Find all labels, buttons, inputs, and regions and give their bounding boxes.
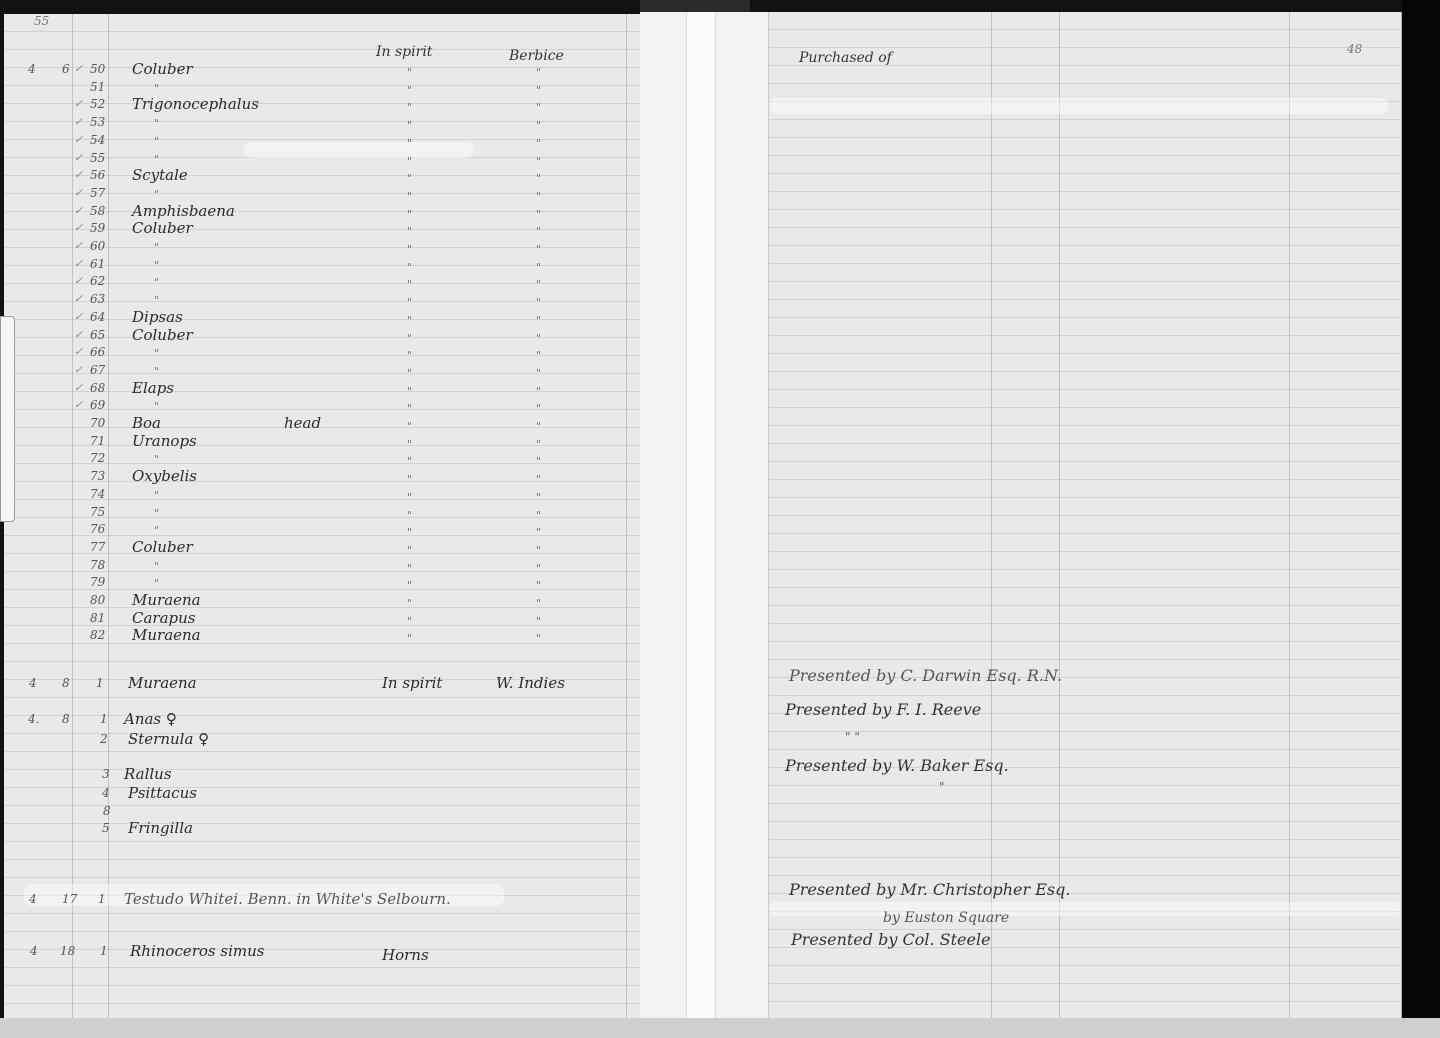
locality-ditto: " <box>536 615 541 628</box>
preservation-ditto: " <box>407 420 412 433</box>
column-rule <box>72 14 73 1024</box>
specimen-number: 59 <box>90 221 105 235</box>
index-tab <box>0 316 15 522</box>
specimen-name: " <box>154 82 159 95</box>
tape-glare <box>244 142 474 158</box>
specimen-number: 66 <box>90 345 105 359</box>
specimen-number: 69 <box>90 398 105 412</box>
presented-baker: Presented by W. Baker Esq. <box>785 756 1009 775</box>
locality-ditto: " <box>536 526 541 539</box>
locality-ditto: " <box>536 632 541 645</box>
check-mark: ✓ <box>74 168 83 181</box>
preservation-ditto: " <box>407 332 412 345</box>
preservation-ditto: " <box>407 385 412 398</box>
specimen-name: " <box>154 524 159 537</box>
locality-ditto: " <box>536 420 541 433</box>
preservation-ditto: " <box>407 84 412 97</box>
locality-ditto: " <box>536 278 541 291</box>
preservation-ditto: " <box>407 455 412 468</box>
locality-ditto: " <box>536 349 541 362</box>
preservation-ditto: " <box>407 172 412 185</box>
specimen-number: 70 <box>90 416 105 430</box>
preservation-ditto: " <box>407 314 412 327</box>
ditto: " <box>939 780 945 794</box>
euston-square-note: by Euston Square <box>883 910 1009 926</box>
locality-ditto: " <box>536 314 541 327</box>
specimen-number: 74 <box>90 487 105 501</box>
specimen-name: Trigonocephalus <box>132 95 259 113</box>
column-rule <box>108 14 109 1024</box>
specimen-number: 75 <box>90 505 105 519</box>
specimen-number: 68 <box>90 381 105 395</box>
specimen-number: 80 <box>90 593 105 607</box>
preservation-ditto: " <box>407 438 412 451</box>
column-rule <box>626 14 627 1024</box>
specimen-name: Coluber <box>132 219 193 237</box>
book-cover-bottom <box>0 1018 1440 1038</box>
register-month: 4 <box>28 62 36 76</box>
preservation-ditto: " <box>407 473 412 486</box>
locality-ditto: " <box>536 225 541 238</box>
purchased-of-header: Purchased of <box>799 50 892 66</box>
specimen-number: 52 <box>90 97 105 111</box>
specimen-number: 61 <box>90 257 105 271</box>
preservation-ditto: " <box>407 208 412 221</box>
specimen-name: Oxybelis <box>132 467 197 485</box>
check-mark: ✓ <box>74 186 83 199</box>
preservation-ditto: " <box>407 562 412 575</box>
locality-ditto: " <box>536 66 541 79</box>
check-mark: ✓ <box>74 257 83 270</box>
check-mark: ✓ <box>74 398 83 411</box>
preservation-ditto: " <box>407 597 412 610</box>
specimen-name: " <box>154 365 159 378</box>
open-ledger-book: 55 In spirit Berbice 46✓50Coluber""51"""… <box>0 0 1440 1038</box>
specimen-number: 60 <box>90 239 105 253</box>
specimen-name: " <box>154 135 159 148</box>
column-rule <box>991 12 992 1018</box>
specimen-name: Uranops <box>132 432 197 450</box>
locality-ditto: " <box>536 562 541 575</box>
check-mark: ✓ <box>74 97 83 110</box>
check-mark: ✓ <box>74 239 83 252</box>
page-number: 55 <box>34 14 49 28</box>
specimen-number: 81 <box>90 611 105 625</box>
check-mark: ✓ <box>74 328 83 341</box>
specimen-number: 65 <box>90 328 105 342</box>
preservation-ditto: " <box>407 402 412 415</box>
preservation-ditto: " <box>407 243 412 256</box>
preservation-ditto: " <box>407 544 412 557</box>
presented-darwin: Presented by C. Darwin Esq. R.N. <box>789 666 1062 685</box>
specimen-number: 54 <box>90 133 105 147</box>
locality-ditto: " <box>536 438 541 451</box>
presented-steele: Presented by Col. Steele <box>791 930 991 949</box>
preservation-ditto: " <box>407 615 412 628</box>
specimen-note: head <box>284 414 321 432</box>
tape-glare <box>769 98 1389 114</box>
specimen-name: Muraena <box>132 626 201 644</box>
book-edge-shadow <box>1402 0 1440 1038</box>
specimen-name: " <box>154 507 159 520</box>
specimen-number: 64 <box>90 310 105 324</box>
locality-ditto: " <box>536 119 541 132</box>
locality-ditto: " <box>536 455 541 468</box>
specimen-number: 53 <box>90 115 105 129</box>
specimen-name: " <box>154 117 159 130</box>
preservation-ditto: " <box>407 101 412 114</box>
specimen-name: " <box>154 188 159 201</box>
locality-ditto: " <box>536 332 541 345</box>
specimen-name: " <box>154 489 159 502</box>
preservation-ditto: " <box>407 367 412 380</box>
presented-reeve: Presented by F. I. Reeve <box>785 700 981 719</box>
binding-strip <box>686 12 716 1038</box>
locality-ditto: " <box>536 208 541 221</box>
locality-ditto: " <box>536 172 541 185</box>
specimen-name: Coluber <box>132 60 193 78</box>
check-mark: ✓ <box>74 204 83 217</box>
locality-ditto: " <box>536 243 541 256</box>
preservation-ditto: " <box>407 119 412 132</box>
locality-ditto: " <box>536 491 541 504</box>
locality-ditto: " <box>536 367 541 380</box>
preservation-ditto: " <box>407 155 412 168</box>
check-mark: ✓ <box>74 381 83 394</box>
locality-ditto: " <box>536 402 541 415</box>
specimen-name: Carapus <box>132 609 196 627</box>
specimen-name: Amphisbaena <box>132 202 235 220</box>
preservation-ditto: " <box>407 190 412 203</box>
specimen-number: 78 <box>90 558 105 572</box>
page-number: 48 <box>1347 42 1362 56</box>
specimen-number: 72 <box>90 451 105 465</box>
check-mark: ✓ <box>74 345 83 358</box>
specimen-name: Coluber <box>132 326 193 344</box>
left-page: 55 In spirit Berbice 46✓50Coluber""51"""… <box>4 14 641 1024</box>
check-mark: ✓ <box>74 363 83 376</box>
locality-ditto: " <box>536 101 541 114</box>
check-mark: ✓ <box>74 292 83 305</box>
preservation-ditto: " <box>407 225 412 238</box>
check-mark: ✓ <box>74 115 83 128</box>
specimen-number: 73 <box>90 469 105 483</box>
specimen-name: " <box>154 276 159 289</box>
specimen-name: " <box>154 153 159 166</box>
specimen-number: 50 <box>90 62 105 76</box>
specimen-name: " <box>154 453 159 466</box>
right-page: 48 Purchased of Presented by C. Darwin E… <box>768 12 1403 1018</box>
locality-ditto: " <box>536 509 541 522</box>
specimen-number: 77 <box>90 540 105 554</box>
preservation-ditto: " <box>407 491 412 504</box>
preservation-ditto: " <box>407 66 412 79</box>
specimen-name: " <box>154 259 159 272</box>
specimen-number: 63 <box>90 292 105 306</box>
specimen-number: 82 <box>90 628 105 642</box>
locality-ditto: " <box>536 137 541 150</box>
specimen-number: 62 <box>90 274 105 288</box>
locality-ditto: " <box>536 155 541 168</box>
preservation-ditto: " <box>407 137 412 150</box>
check-mark: ✓ <box>74 310 83 323</box>
locality-ditto: " <box>536 579 541 592</box>
specimen-name: Muraena <box>132 591 201 609</box>
locality-ditto: " <box>536 597 541 610</box>
specimen-name: Scytale <box>132 166 188 184</box>
check-mark: ✓ <box>74 274 83 287</box>
specimen-number: 76 <box>90 522 105 536</box>
specimen-name: " <box>154 560 159 573</box>
check-mark: ✓ <box>74 62 83 75</box>
specimen-number: 67 <box>90 363 105 377</box>
specimen-name: " <box>154 400 159 413</box>
check-mark: ✓ <box>74 133 83 146</box>
preservation-ditto: " <box>407 278 412 291</box>
check-mark: ✓ <box>74 151 83 164</box>
locality-ditto: " <box>536 190 541 203</box>
specimen-name: " <box>154 241 159 254</box>
preservation-ditto: " <box>407 296 412 309</box>
column-rule <box>1289 12 1290 1018</box>
book-gutter <box>640 12 768 1038</box>
locality-ditto: " <box>536 296 541 309</box>
specimen-name: Elaps <box>132 379 174 397</box>
column-rule <box>1059 12 1060 1018</box>
specimen-number: 55 <box>90 151 105 165</box>
header-locality: Berbice <box>509 48 564 64</box>
preservation-ditto: " <box>407 526 412 539</box>
specimen-number: 57 <box>90 186 105 200</box>
locality-ditto: " <box>536 385 541 398</box>
check-mark: ✓ <box>74 221 83 234</box>
locality-ditto: " <box>536 84 541 97</box>
specimen-name: Boa <box>132 414 161 432</box>
specimen-name: Coluber <box>132 538 193 556</box>
preservation-ditto: " <box>407 579 412 592</box>
locality-ditto: " <box>536 473 541 486</box>
locality-ditto: " <box>536 544 541 557</box>
preservation-ditto: " <box>407 509 412 522</box>
preservation-ditto: " <box>407 632 412 645</box>
header-preservation: In spirit <box>376 44 432 60</box>
preservation-ditto: " <box>407 261 412 274</box>
specimen-number: 51 <box>90 80 105 94</box>
specimen-number: 79 <box>90 575 105 589</box>
specimen-number: 58 <box>90 204 105 218</box>
specimen-name: " <box>154 347 159 360</box>
register-day: 6 <box>62 62 70 76</box>
locality-ditto: " <box>536 261 541 274</box>
specimen-name: " <box>154 577 159 590</box>
presented-christopher: Presented by Mr. Christopher Esq. <box>789 880 1070 899</box>
specimen-number: 56 <box>90 168 105 182</box>
ditto: " " <box>845 730 860 744</box>
preservation-ditto: " <box>407 349 412 362</box>
specimen-number: 71 <box>90 434 105 448</box>
specimen-name: Dipsas <box>132 308 183 326</box>
tape-glare <box>769 902 1401 916</box>
specimen-name: " <box>154 294 159 307</box>
